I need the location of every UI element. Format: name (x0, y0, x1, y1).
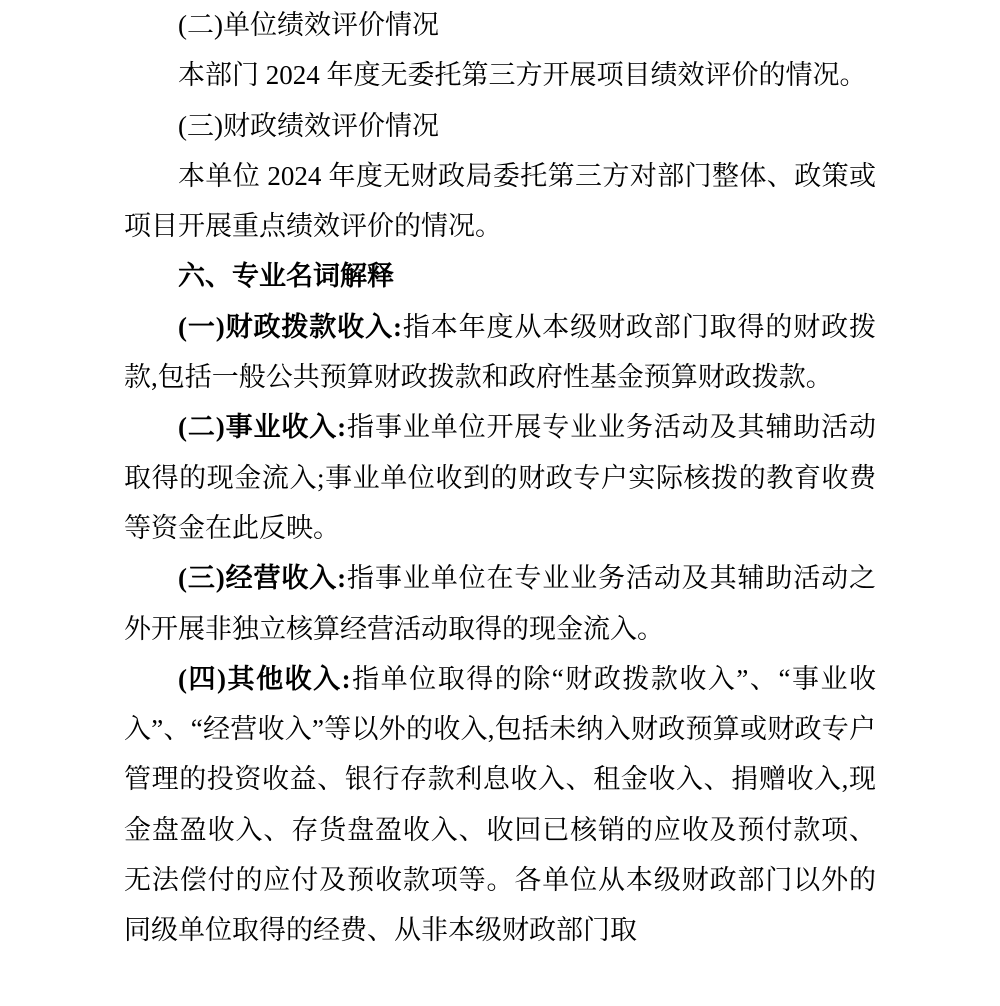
text-run: 指单位取得的除“财政拨款收入”、“事业收入”、“经营收入”等以外的收入,包括未纳… (124, 664, 876, 945)
para-unit-performance-evaluation: 本部门 2024 年度无委托第三方开展项目绩效评价的情况。 (124, 50, 876, 100)
text-run: (二)单位绩效评价情况 (178, 10, 439, 40)
para-term-other-income: (四)其他收入:指单位取得的除“财政拨款收入”、“事业收入”、“经营收入”等以外… (124, 654, 876, 956)
para-term-fiscal-appropriation-income: (一)财政拨款收入:指本年度从本级财政部门取得的财政拨款,包括一般公共预算财政拨… (124, 302, 876, 403)
document-body: (二)单位绩效评价情况本部门 2024 年度无委托第三方开展项目绩效评价的情况。… (124, 0, 876, 956)
text-run: (三)经营收入: (178, 563, 346, 593)
text-run: 六、专业名词解释 (178, 261, 394, 291)
text-run: (三)财政绩效评价情况 (178, 111, 439, 141)
para-fiscal-performance-evaluation: 本单位 2024 年度无财政局委托第三方对部门整体、政策或项目开展重点绩效评价的… (124, 151, 876, 252)
text-run: 本单位 2024 年度无财政局委托第三方对部门整体、政策或项目开展重点绩效评价的… (124, 161, 876, 241)
para-term-business-income: (三)经营收入:指事业单位在专业业务活动及其辅助活动之外开展非独立核算经营活动取… (124, 553, 876, 654)
text-run: 本部门 2024 年度无委托第三方开展项目绩效评价的情况。 (178, 60, 867, 90)
text-run: (四)其他收入: (178, 664, 351, 694)
text-run: (二)事业收入: (178, 412, 346, 442)
subheading-unit-performance-evaluation: (二)单位绩效评价情况 (124, 0, 876, 50)
para-term-institutional-income: (二)事业收入:指事业单位开展专业业务活动及其辅助活动取得的现金流入;事业单位收… (124, 402, 876, 553)
document-page: (二)单位绩效评价情况本部门 2024 年度无委托第三方开展项目绩效评价的情况。… (0, 0, 1000, 1006)
text-run: (一)财政拨款收入: (178, 312, 402, 342)
subheading-fiscal-performance-evaluation: (三)财政绩效评价情况 (124, 101, 876, 151)
heading-terminology: 六、专业名词解释 (124, 251, 876, 301)
